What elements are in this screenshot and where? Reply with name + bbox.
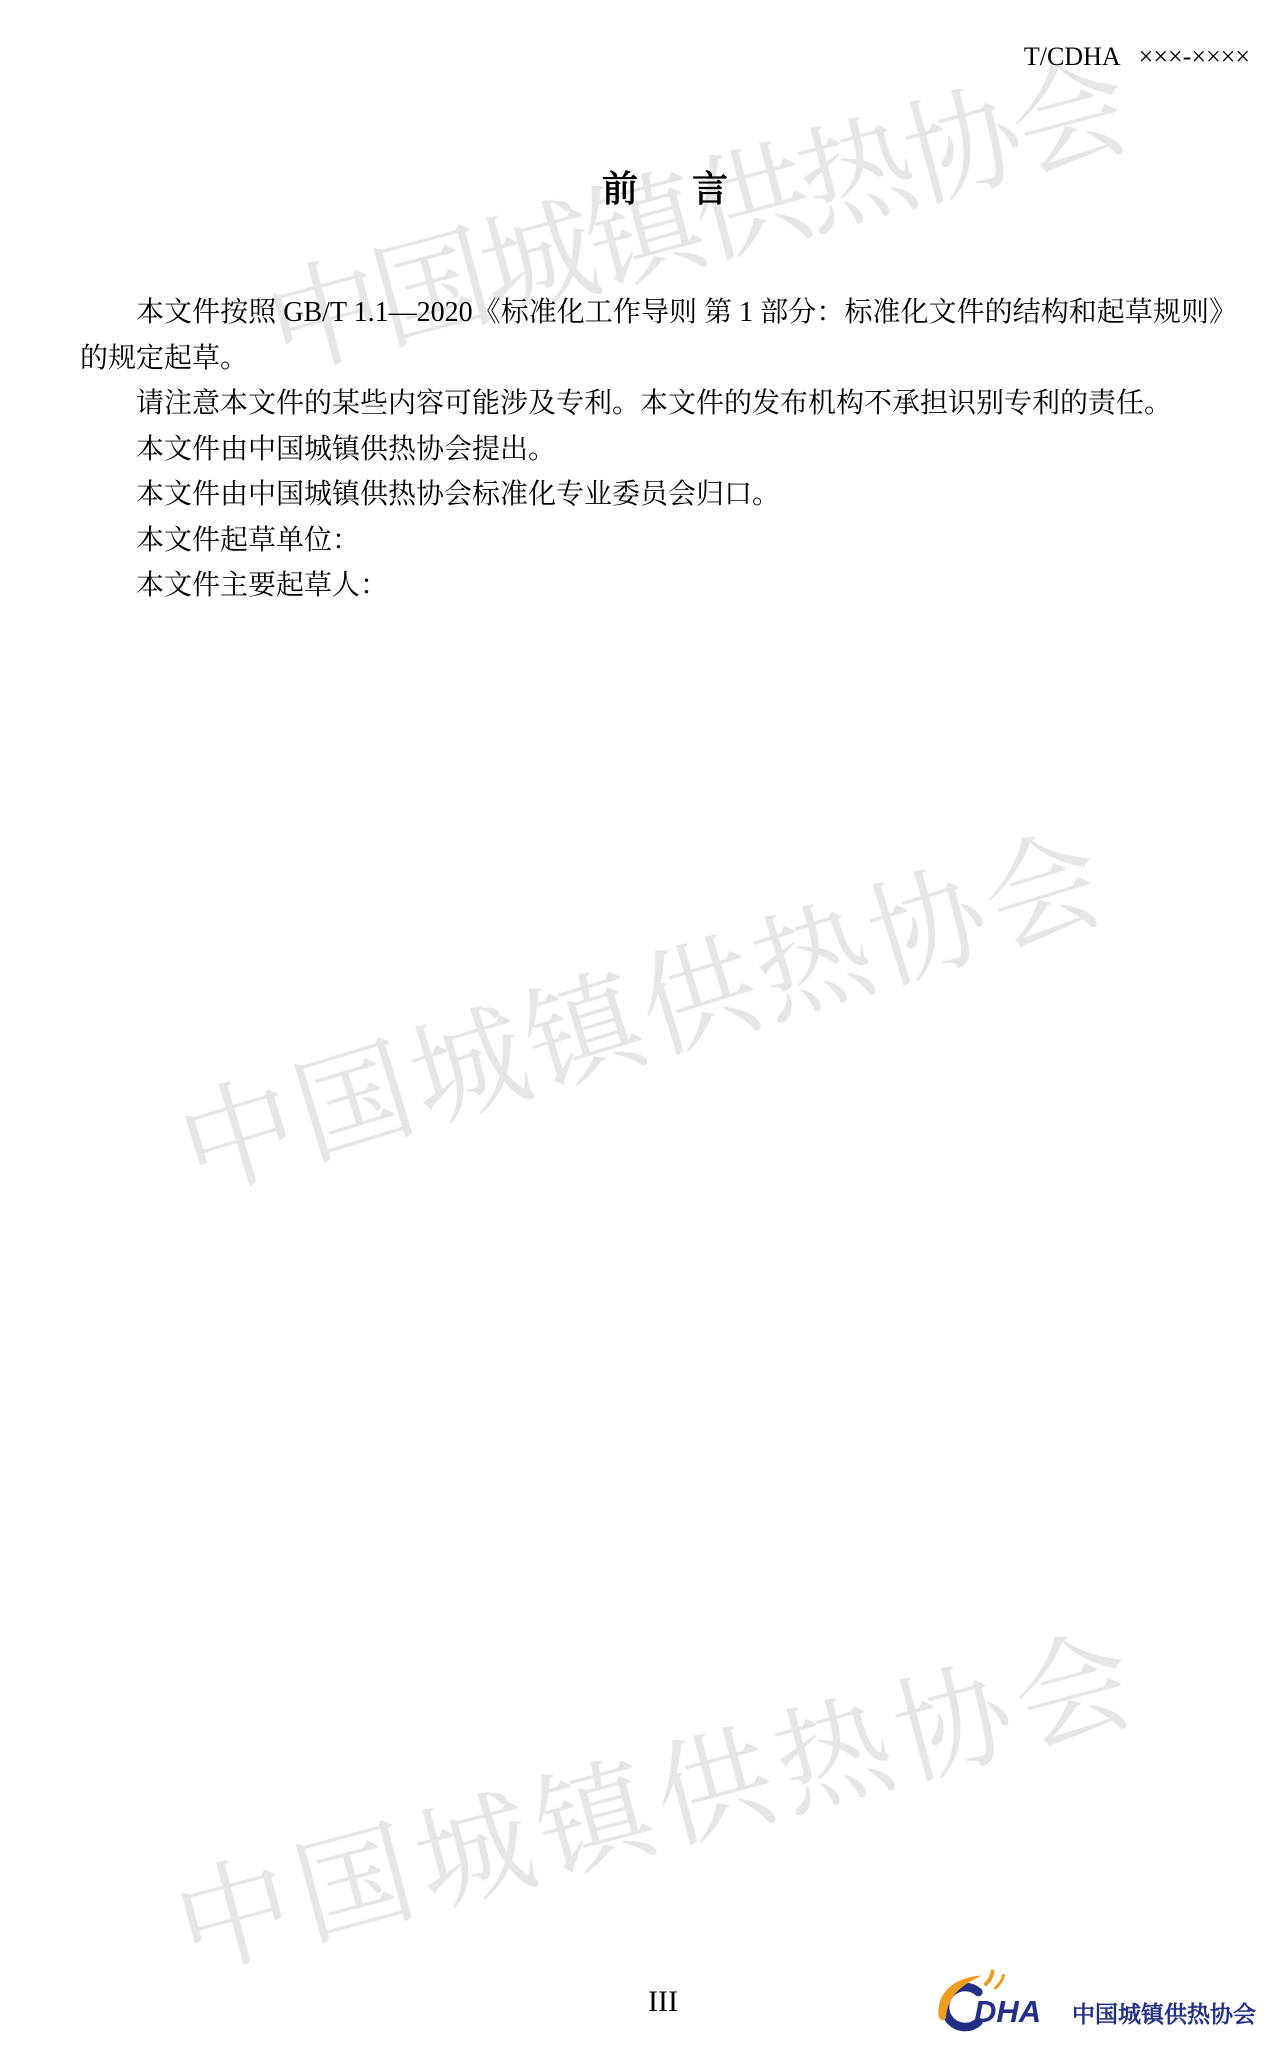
foreword-body: 本文件按照 GB/T 1.1—2020《标准化工作导则 第 1 部分：标准化文件… — [80, 290, 1237, 609]
body-line: 本文件按照 GB/T 1.1—2020《标准化工作导则 第 1 部分：标准化文件… — [80, 290, 1237, 336]
page-title: 前 言 — [26, 167, 1287, 211]
body-line: 本文件起草单位： — [80, 518, 1237, 564]
logo-acronym: DHA — [974, 1994, 1041, 2029]
body-line: 的规定起草。 — [80, 336, 1237, 382]
watermark-bottom: 中国城镇供热协会 — [158, 1611, 1158, 1995]
body-line: 本文件由中国城镇供热协会提出。 — [80, 427, 1237, 473]
body-line: 请注意本文件的某些内容可能涉及专利。本文件的发布机构不承担识别专利的责任。 — [80, 381, 1237, 427]
body-line: 本文件由中国城镇供热协会标准化专业委员会归口。 — [80, 472, 1237, 518]
page-number: III — [613, 1987, 713, 2017]
body-line: 本文件主要起草人： — [80, 563, 1237, 609]
document-code: T/CDHA ×××-×××× — [1024, 44, 1250, 70]
watermark-middle: 中国城镇供热协会 — [146, 806, 1140, 1223]
document-page: 中国城镇供热协会 中国城镇供热协会 中国城镇供热协会 T/CDHA ×××-××… — [0, 0, 1287, 2065]
logo-wave-icon — [986, 1972, 993, 1985]
cdha-logo: DHA 中国城镇供热协会 — [936, 1970, 1256, 2036]
logo-wave-icon — [996, 1976, 1004, 1989]
logo-name: 中国城镇供热协会 — [1072, 2003, 1256, 2026]
cdha-logo-mark: DHA — [936, 1970, 1056, 2034]
